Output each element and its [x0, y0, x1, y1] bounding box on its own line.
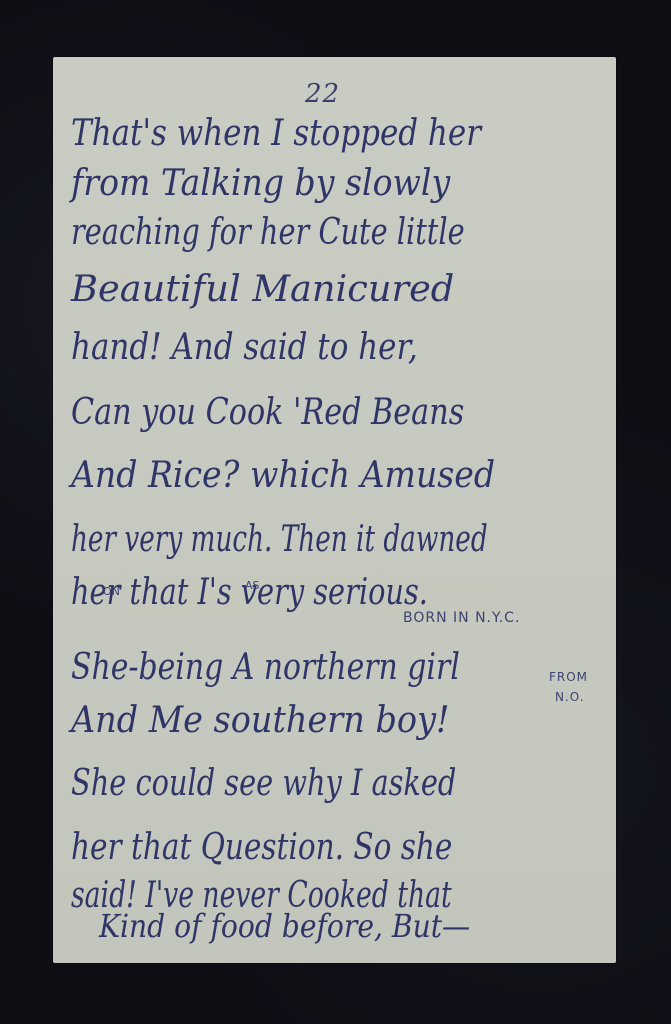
page-number: 22 — [305, 79, 340, 109]
handwritten-line-4: Beautiful Manicured — [71, 269, 454, 310]
handwritten-line-12: She could see why I asked — [71, 763, 456, 804]
handwritten-line-7: And Rice? which Amused — [71, 455, 495, 496]
handwritten-line-6: Can you Cook 'Red Beans — [71, 392, 464, 433]
handwritten-line-1: That's when I stopped her — [71, 113, 481, 154]
insert-on: ON — [103, 585, 120, 598]
handwritten-line-13: her that Question. So she — [71, 827, 452, 868]
handwritten-line-5: hand! And said to her, — [71, 327, 418, 368]
new-orleans-note: N.O. — [555, 690, 585, 704]
handwritten-line-11: And Me southern boy! — [71, 700, 449, 741]
handwritten-line-3: reaching for her Cute little — [71, 212, 465, 253]
born-in-nyc-note: BORN IN N.Y.C. — [403, 610, 520, 626]
insert-as: AS — [245, 579, 260, 592]
letter-page: 22 That's when I stopped her from Talkin… — [53, 57, 616, 963]
handwritten-line-8: her very much. Then it dawned — [71, 519, 488, 560]
handwritten-line-2: from Talking by slowly — [71, 163, 450, 204]
handwritten-line-10: She-being A northern girl — [71, 647, 460, 688]
from-note: FROM — [549, 670, 588, 684]
handwritten-line-15: Kind of food before, But— — [99, 907, 470, 945]
